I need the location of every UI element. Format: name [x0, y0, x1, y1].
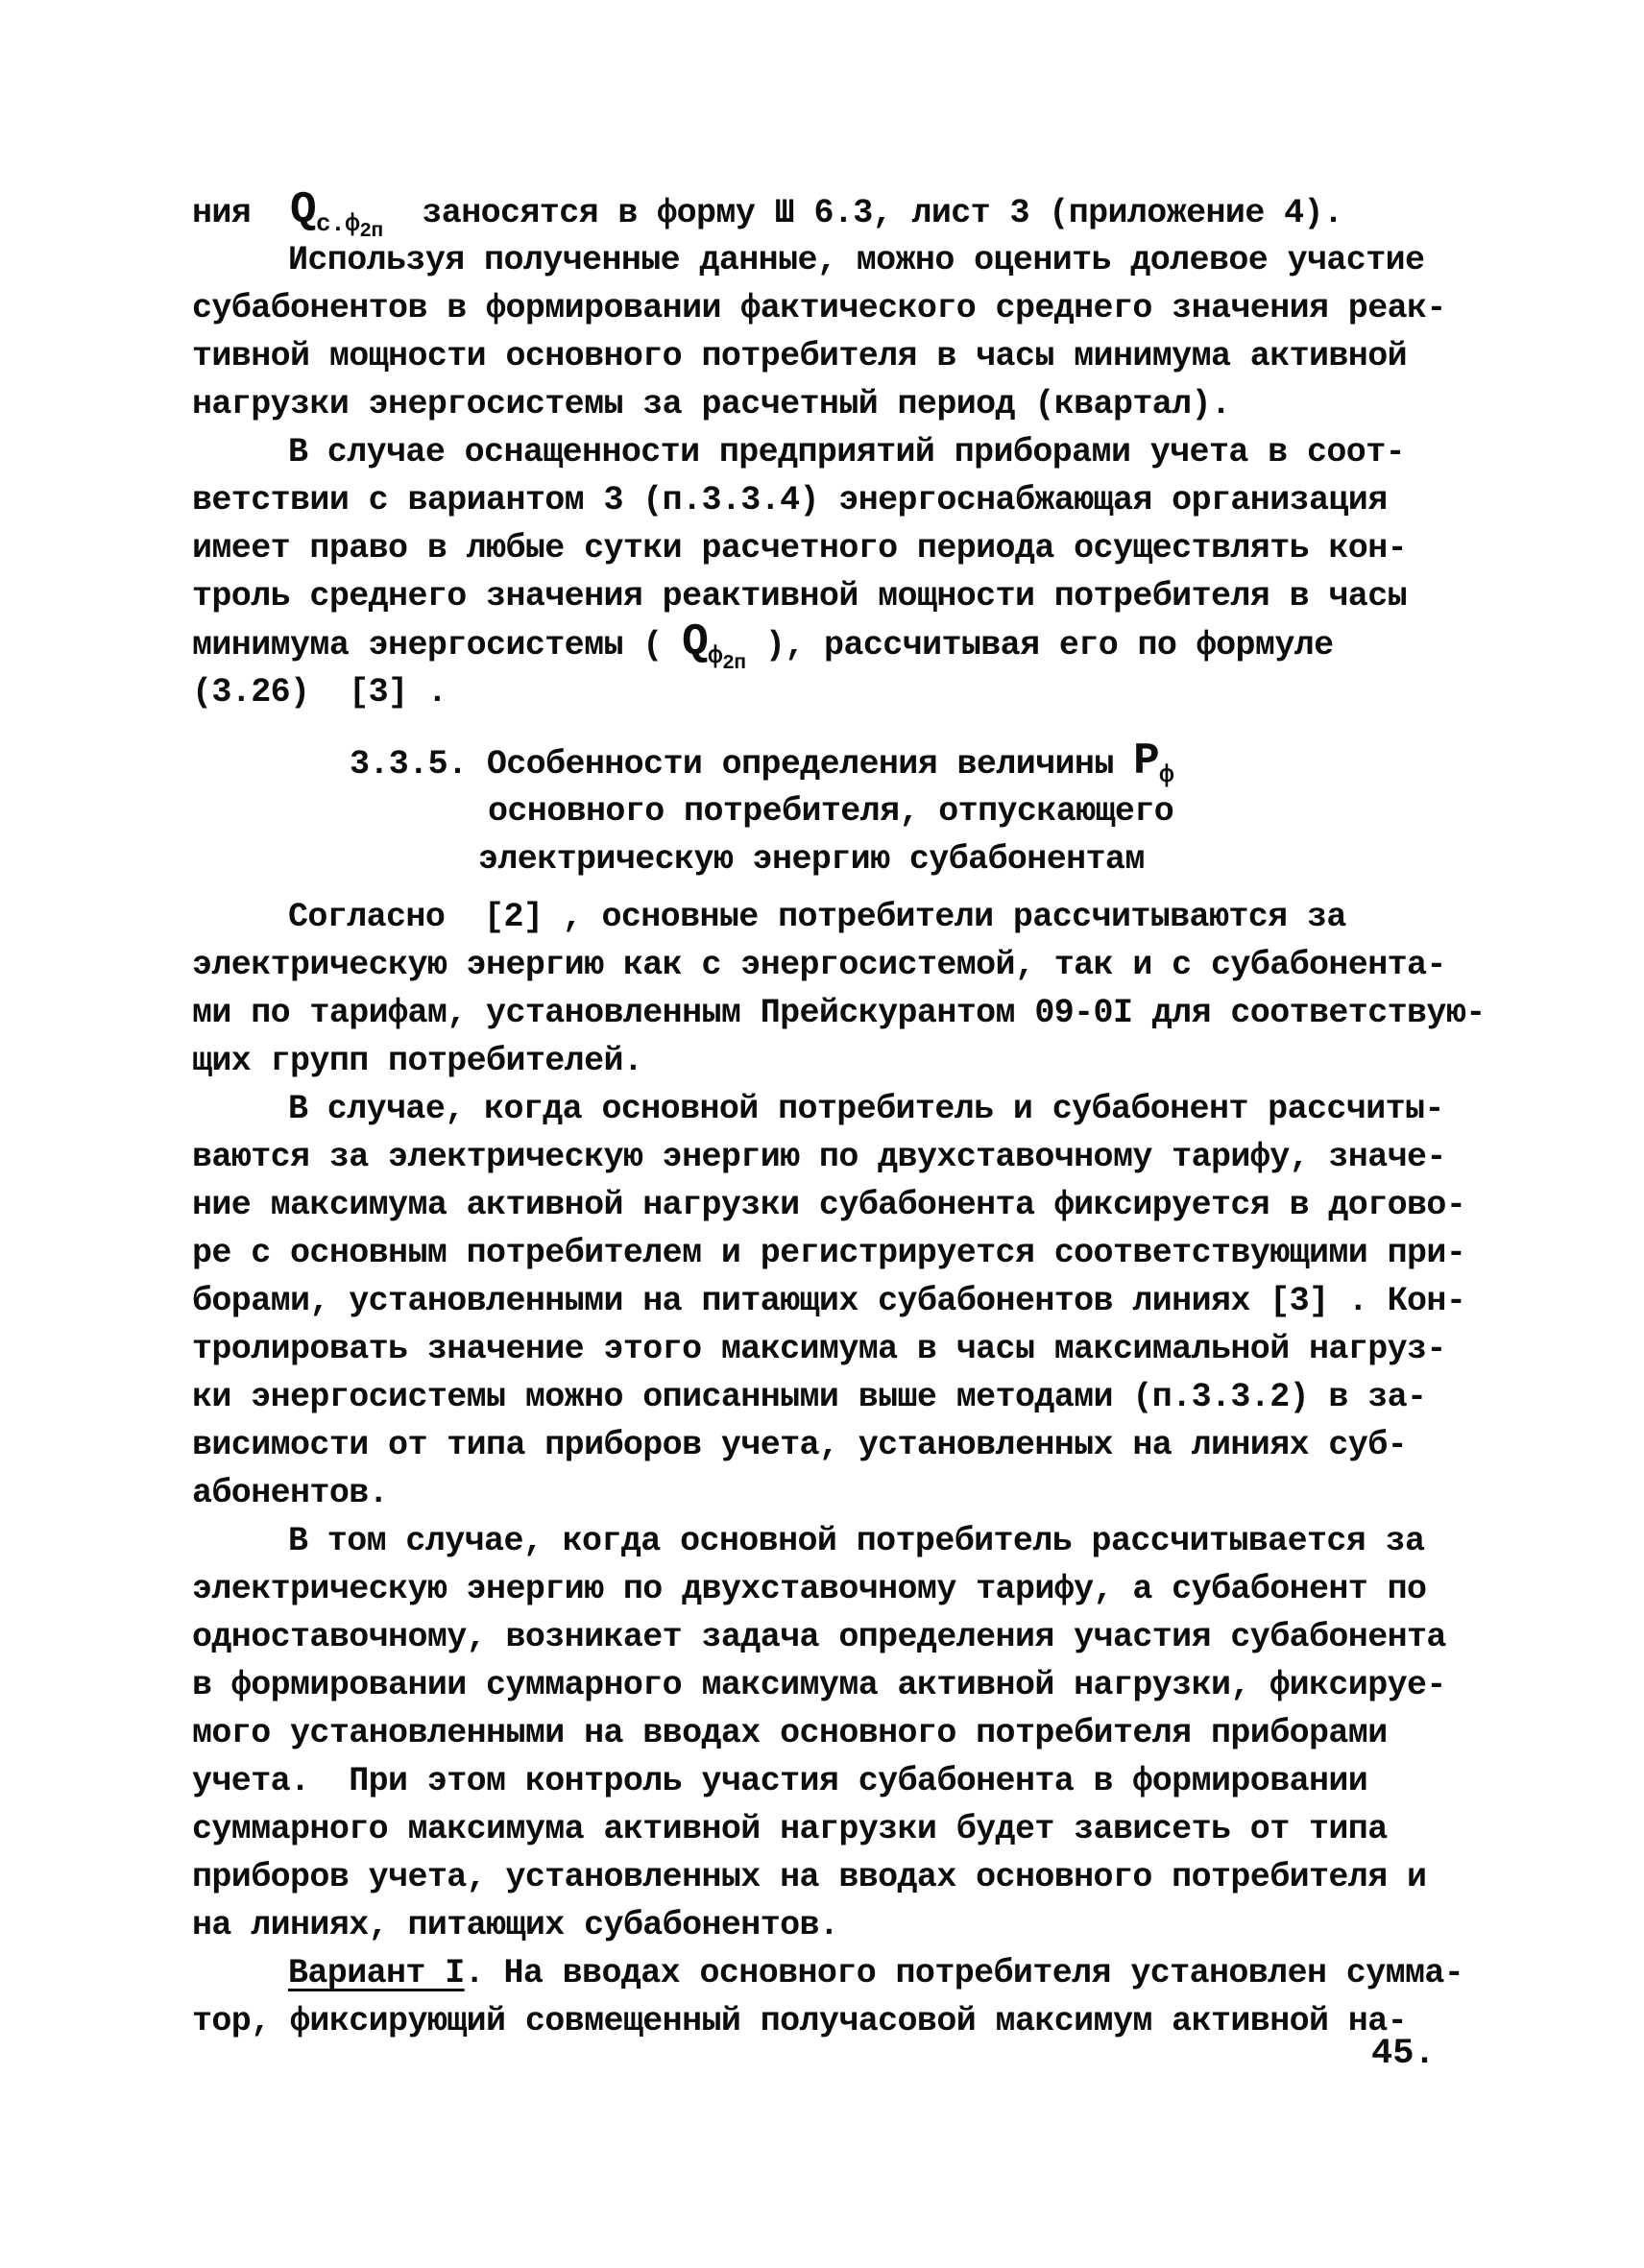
text-segment: висимости от типа приборов учета, устано…	[192, 1426, 1407, 1464]
text-segment: абонентов.	[192, 1474, 388, 1512]
text-segment: тролировать значение этого максимума в ч…	[192, 1330, 1446, 1368]
text-segment: Используя полученные данные, можно оцени…	[288, 241, 1424, 279]
text-segment: троль среднего значения реактивной мощно…	[192, 577, 1407, 615]
formula-subscript: ф	[708, 641, 722, 670]
text-line: висимости от типа приборов учета, устано…	[192, 1421, 1556, 1469]
text-segment: тор, фиксирующий совмещенный получасовой…	[192, 2002, 1407, 2040]
text-segment: имеет право в любые сутки расчетного пер…	[192, 529, 1407, 567]
text-segment: В случае оснащенности предприятий прибор…	[288, 433, 1405, 471]
text-line: электрическую энергию по двухставочному …	[192, 1565, 1556, 1613]
text-segment: ), рассчитывая его по формуле	[745, 626, 1333, 664]
text-segment: приборов учета, установленных на вводах …	[192, 1858, 1426, 1896]
text-line: на линиях, питающих субабонентов.	[192, 1901, 1556, 1949]
text-segment: ветствии с вариантом 3 (п.3.3.4) энергос…	[192, 481, 1388, 519]
text-segment: основного потребителя, отпускающего	[488, 792, 1173, 831]
text-line: минимума энергосистемы ( Qф2п ), рассчит…	[192, 620, 1556, 668]
text-line: тролировать значение этого максимума в ч…	[192, 1325, 1556, 1373]
text-segment: ми по тарифам, установленным Прейскурант…	[192, 994, 1486, 1032]
text-line: в формировании суммарного максимума акти…	[192, 1661, 1556, 1709]
text-line: ветствии с вариантом 3 (п.3.3.4) энергос…	[192, 476, 1556, 524]
text-line: суммарного максимума активной нагрузки б…	[192, 1805, 1556, 1853]
text-segment: ваются за электрическую энергию по двухс…	[192, 1138, 1446, 1176]
text-segment: электрическую энергию по двухставочному …	[192, 1570, 1426, 1608]
text-line: ре с основным потребителем и регистрируе…	[192, 1229, 1556, 1277]
underlined-text: Вариант I	[288, 1954, 465, 1992]
text-line: электрическую энергию субабонентам	[192, 835, 1556, 883]
text-line: ми по тарифам, установленным Прейскурант…	[192, 989, 1556, 1037]
text-segment: электрическую энергию как с энергосистем…	[192, 946, 1446, 984]
text-segment: на линиях, питающих субабонентов.	[192, 1906, 838, 1944]
typewritten-text-block: ния Qс.ф2п заносятся в форму Ш 6.3, лист…	[192, 188, 1556, 2045]
formula-symbol: Q	[290, 185, 316, 235]
text-line: субабонентов в формировании фактического…	[192, 284, 1556, 332]
formula-subscript: с.ф	[316, 209, 359, 238]
text-segment: Согласно [2] , основные потребители расс…	[288, 898, 1346, 936]
text-line: абонентов.	[192, 1469, 1556, 1517]
formula-subscript: ф	[1159, 760, 1173, 789]
text-line: ки энергосистемы можно описанными выше м…	[192, 1373, 1556, 1421]
text-segment: щих групп потребителей.	[192, 1042, 642, 1080]
text-segment: ки энергосистемы можно описанными выше м…	[192, 1378, 1426, 1416]
formula-symbol: Р	[1133, 736, 1159, 786]
text-line: Вариант I. На вводах основного потребите…	[192, 1949, 1556, 1997]
text-line: тивной мощности основного потребителя в …	[192, 332, 1556, 380]
text-segment: учета. При этом контроль участия субабон…	[192, 1762, 1367, 1800]
text-segment: В том случае, когда основной потребитель…	[288, 1522, 1424, 1560]
text-segment: одноставочному, возникает задача определ…	[192, 1618, 1446, 1656]
text-line: приборов учета, установленных на вводах …	[192, 1853, 1556, 1901]
text-segment: борами, установленными на питающих субаб…	[192, 1282, 1465, 1320]
text-line: электрическую энергию как с энергосистем…	[192, 941, 1556, 989]
text-line: (3.26) [3] .	[192, 668, 1556, 716]
formula-symbol: Q	[682, 617, 708, 667]
text-segment: минимума энергосистемы (	[192, 626, 682, 664]
text-line: В случае, когда основной потребитель и с…	[192, 1085, 1556, 1133]
text-segment: ре с основным потребителем и регистрируе…	[192, 1234, 1465, 1272]
text-line: щих групп потребителей.	[192, 1037, 1556, 1085]
text-segment: электрическую энергию субабонентам	[478, 840, 1145, 879]
text-line: имеет право в любые сутки расчетного пер…	[192, 524, 1556, 572]
text-segment: 3.3.5. Особенности определения величины	[350, 745, 1133, 784]
text-line: основного потребителя, отпускающего	[192, 787, 1556, 835]
text-line: мого установленными на вводах основного …	[192, 1709, 1556, 1757]
page-number: 45.	[1371, 2034, 1436, 2074]
text-line: В том случае, когда основной потребитель…	[192, 1517, 1556, 1565]
text-line: троль среднего значения реактивной мощно…	[192, 572, 1556, 620]
text-line: учета. При этом контроль участия субабон…	[192, 1757, 1556, 1805]
text-segment: В случае, когда основной потребитель и с…	[288, 1090, 1444, 1128]
text-segment: (3.26) [3] .	[192, 673, 447, 712]
text-segment: тивной мощности основного потребителя в …	[192, 337, 1407, 375]
text-line: Используя полученные данные, можно оцени…	[192, 236, 1556, 284]
text-segment: суммарного максимума активной нагрузки б…	[192, 1810, 1388, 1848]
text-segment: . На вводах основного потребителя устано…	[465, 1954, 1464, 1992]
text-line: ния Qс.ф2п заносятся в форму Ш 6.3, лист…	[192, 188, 1556, 236]
text-line: Согласно [2] , основные потребители расс…	[192, 893, 1556, 941]
formula-subscript: 2п	[722, 653, 745, 675]
text-segment: заносятся в форму Ш 6.3, лист 3 (приложе…	[383, 194, 1343, 232]
text-line: ваются за электрическую энергию по двухс…	[192, 1133, 1556, 1181]
text-segment: в формировании суммарного максимума акти…	[192, 1666, 1446, 1704]
text-line: одноставочному, возникает задача определ…	[192, 1613, 1556, 1661]
text-segment: субабонентов в формировании фактического…	[192, 289, 1446, 327]
document-page: ния Qс.ф2п заносятся в форму Ш 6.3, лист…	[0, 0, 1644, 2268]
text-segment: нагрузки энергосистемы за расчетный пери…	[192, 385, 1230, 423]
text-line: 3.3.5. Особенности определения величины …	[192, 739, 1556, 787]
text-line: В случае оснащенности предприятий прибор…	[192, 428, 1556, 476]
text-segment: ния	[192, 194, 290, 232]
text-line: нагрузки энергосистемы за расчетный пери…	[192, 380, 1556, 428]
text-line: тор, фиксирующий совмещенный получасовой…	[192, 1997, 1556, 2045]
text-line: ние максимума активной нагрузки субабоне…	[192, 1181, 1556, 1229]
text-segment: ние максимума активной нагрузки субабоне…	[192, 1186, 1465, 1224]
text-line: борами, установленными на питающих субаб…	[192, 1277, 1556, 1325]
text-segment: мого установленными на вводах основного …	[192, 1714, 1388, 1752]
